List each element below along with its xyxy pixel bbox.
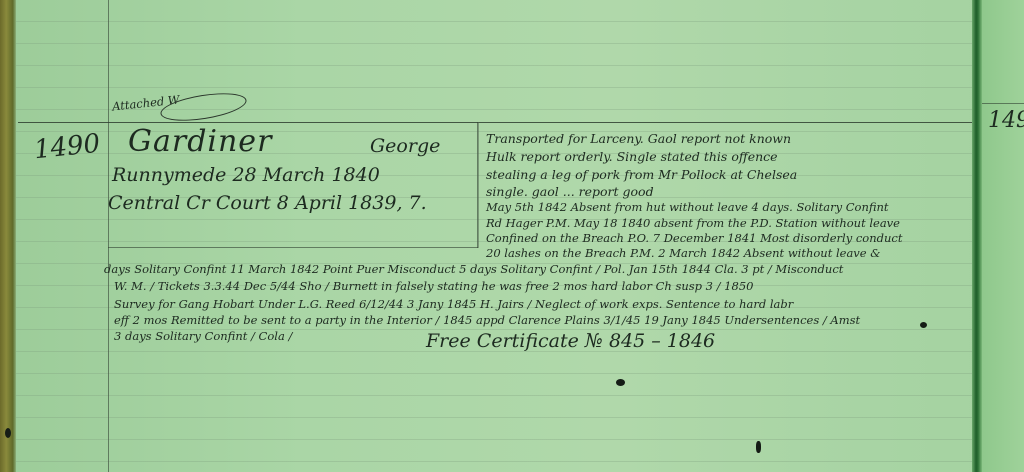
ink-blot (920, 322, 927, 328)
column-rule-number (108, 0, 109, 472)
ink-blot (616, 379, 625, 386)
ink-blot (756, 441, 761, 453)
entry-trial-line: Central Cr Court 8 April 1839, 7. (108, 192, 427, 214)
remarks-line: stealing a leg of pork from Mr Pollock a… (486, 167, 797, 182)
remarks-line: 20 lashes on the Breach P.M. 2 March 184… (486, 246, 881, 260)
conduct-line: days Solitary Confint 11 March 1842 Poin… (104, 262, 843, 276)
entry-number: 1490 (33, 129, 102, 166)
remarks-line: May 5th 1842 Absent from hut without lea… (486, 200, 889, 214)
entry-surname: Gardiner (128, 124, 272, 159)
remarks-line: single. gaol ... report good (486, 184, 654, 199)
conduct-line: 3 days Solitary Confint / Cola / (114, 329, 292, 343)
remarks-line: Confined on the Breach P.O. 7 December 1… (486, 231, 902, 245)
remarks-line: Transported for Larceny. Gaol report not… (486, 131, 791, 146)
facing-page: 149 (982, 0, 1024, 472)
book-binding (0, 0, 16, 472)
book-gutter (972, 0, 982, 472)
entry-ship-line: Runnymede 28 March 1840 (112, 164, 380, 186)
ledger-page: Attached W 1490 Gardiner George Runnymed… (0, 0, 1024, 472)
name-box-bottom-rule (108, 247, 478, 248)
entry-top-rule (18, 122, 973, 123)
conduct-line: W. M. / Tickets 3.3.44 Dec 5/44 Sho / Bu… (114, 279, 753, 293)
entry-given-name: George (370, 135, 440, 157)
remarks-line: Hulk report orderly. Single stated this … (486, 149, 778, 164)
facing-page-number: 149 (988, 108, 1024, 133)
facing-page-rule (982, 103, 1024, 104)
free-certificate: Free Certificate № 845 – 1846 (426, 330, 715, 352)
conduct-line: eff 2 mos Remitted to be sent to a party… (114, 313, 860, 327)
conduct-line: Survey for Gang Hobart Under L.G. Reed 6… (114, 297, 793, 311)
ink-blot (5, 428, 11, 438)
name-box-right-rule (478, 122, 479, 248)
remarks-line: Rd Hager P.M. May 18 1840 absent from th… (486, 216, 900, 230)
